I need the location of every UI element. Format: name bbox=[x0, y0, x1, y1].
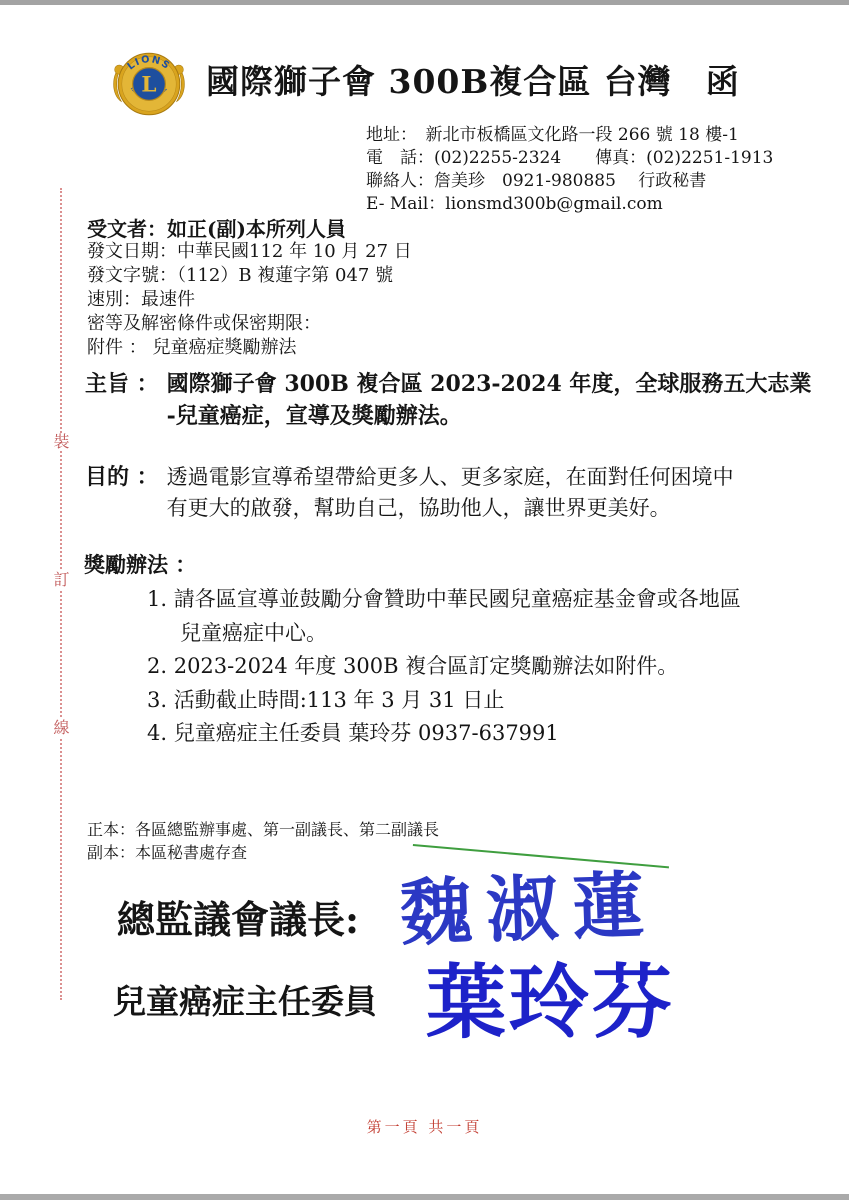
recipient-line: 受文者：如正(副)本所列人員 bbox=[87, 213, 346, 242]
purpose-text: 透過電影宣導希望帶給更多人、更多家庭，在面對任何困境中 有更大的啟發，幫助自己，… bbox=[167, 462, 734, 524]
logo-center-letter: L bbox=[141, 73, 156, 98]
letter-page: LIONS INTERNATIONAL L 國際獅子會 300B複合區 台灣 函… bbox=[0, 0, 849, 1200]
binding-mark-xian: 線 bbox=[52, 719, 71, 737]
meta-priority: 速別：最速件 bbox=[87, 288, 412, 312]
reward-list: 1. 請各區宣導並鼓勵分會贊助中華民國兒童癌症基金會或各地區 兒童癌症中心。 2… bbox=[147, 583, 741, 751]
chair-title: 總監議會議長: bbox=[117, 889, 359, 944]
purpose-line-2: 有更大的啟發，幫助自己，協助他人，讓世界更美好。 bbox=[167, 493, 734, 524]
distribution-original: 正本：各區總監辦事處、第一副議長、第二副議長 bbox=[87, 818, 439, 841]
page-number: 第一頁 共一頁 bbox=[0, 1116, 849, 1137]
subject-line-2: -兒童癌症，宣導及獎勵辦法。 bbox=[167, 400, 812, 432]
subject-label: 主旨 ： bbox=[85, 368, 159, 432]
meta-attachment: 附件 ： 兒童癌症獎勵辦法 bbox=[87, 336, 412, 360]
distribution-copy: 副本：本區秘書處存查 bbox=[87, 841, 439, 864]
committee-signature-stamp: 葉玲芬 bbox=[426, 938, 675, 1053]
contact-block: 地址： 新北市板橋區文化路一段 266 號 18 樓-1 電 話：(02)225… bbox=[366, 124, 773, 216]
purpose-section: 目的 ： 透過電影宣導希望帶給更多人、更多家庭，在面對任何困境中 有更大的啟發，… bbox=[85, 462, 734, 524]
meta-block: 發文日期：中華民國112 年 10 月 27 日 發文字號：（112）B 複蓮字… bbox=[87, 240, 412, 360]
binding-mark-zhuang: 裝 bbox=[52, 433, 71, 451]
reward-item-4: 4. 兒童癌症主任委員 葉玲芬 0937-637991 bbox=[147, 717, 741, 751]
subject-line-1: 國際獅子會 300B 複合區 2023-2024 年度，全球服務五大志業 bbox=[167, 368, 812, 400]
reward-heading: 獎勵辦法 ： bbox=[84, 549, 196, 579]
purpose-label: 目的 ： bbox=[85, 462, 159, 524]
scan-edge-top bbox=[0, 0, 849, 5]
meta-security: 密等及解密條件或保密期限： bbox=[87, 312, 412, 336]
reward-item-1: 1. 請各區宣導並鼓勵分會贊助中華民國兒童癌症基金會或各地區 bbox=[147, 583, 741, 617]
subject-section: 主旨 ： 國際獅子會 300B 複合區 2023-2024 年度，全球服務五大志… bbox=[85, 368, 811, 432]
binding-mark-ding: 訂 bbox=[52, 571, 71, 589]
binding-dotted-line bbox=[60, 188, 62, 1000]
reward-item-1-cont: 兒童癌症中心。 bbox=[180, 617, 741, 651]
lions-club-logo-icon: LIONS INTERNATIONAL L bbox=[110, 45, 188, 123]
meta-doc-number: 發文字號：（112）B 複蓮字第 047 號 bbox=[87, 264, 412, 288]
document-title: 國際獅子會 300B複合區 台灣 函 bbox=[206, 56, 740, 103]
committee-title: 兒童癌症主任委員 bbox=[113, 976, 377, 1023]
contact-email: E- Mail：lionsmd300b@gmail.com bbox=[366, 193, 773, 216]
contact-phone-fax: 電 話：(02)2255-2324 傳真：(02)2251-1913 bbox=[366, 147, 773, 170]
contact-person: 聯絡人：詹美珍 0921-980885 行政秘書 bbox=[366, 170, 773, 193]
meta-issue-date: 發文日期：中華民國112 年 10 月 27 日 bbox=[87, 240, 412, 264]
contact-address: 地址： 新北市板橋區文化路一段 266 號 18 樓-1 bbox=[366, 124, 773, 147]
scan-edge-bottom bbox=[0, 1194, 849, 1200]
distribution-block: 正本：各區總監辦事處、第一副議長、第二副議長 副本：本區秘書處存查 bbox=[87, 818, 439, 864]
purpose-line-1: 透過電影宣導希望帶給更多人、更多家庭，在面對任何困境中 bbox=[167, 462, 734, 493]
subject-text: 國際獅子會 300B 複合區 2023-2024 年度，全球服務五大志業 -兒童… bbox=[167, 368, 812, 432]
reward-item-2: 2. 2023-2024 年度 300B 複合區訂定獎勵辦法如附件。 bbox=[147, 650, 741, 684]
reward-item-3: 3. 活動截止時間:113 年 3 月 31 日止 bbox=[147, 684, 741, 718]
